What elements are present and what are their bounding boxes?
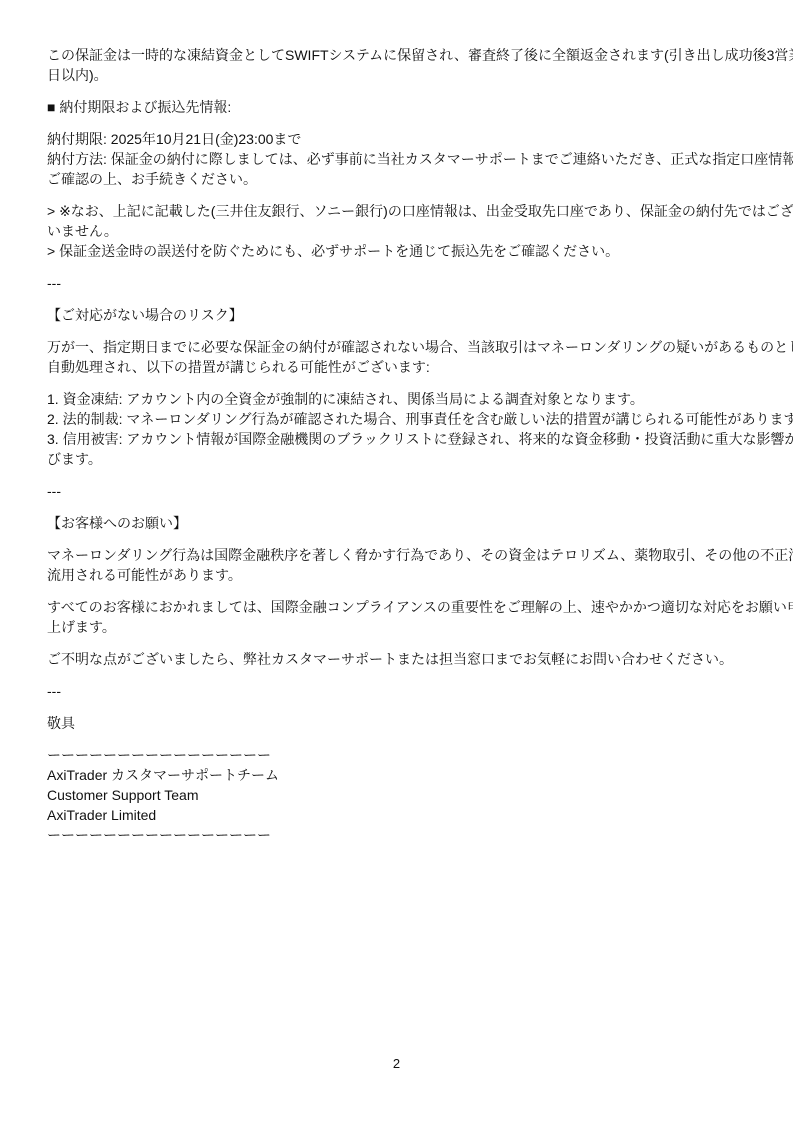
- paragraph: 【お客様へのお願い】: [47, 513, 747, 533]
- paragraph: ---: [47, 681, 747, 701]
- paragraph: 納付期限: 2025年10月21日(金)23:00まで納付方法: 保証金の納付に…: [47, 129, 747, 189]
- paragraph: > ※なお、上記に記載した(三井住友銀行、ソニー銀行)の口座情報は、出金受取先口…: [47, 201, 747, 261]
- paragraph: 1. 資金凍結: アカウント内の全資金が強制的に凍結され、関係当局による調査対象…: [47, 389, 747, 469]
- text-line: 自動処理され、以下の措置が講じられる可能性がございます:: [47, 357, 747, 377]
- paragraph: すべてのお客様におかれましては、国際金融コンプライアンスの重要性をご理解の上、速…: [47, 597, 747, 637]
- text-line: 万が一、指定期日までに必要な保証金の納付が確認されない場合、当該取引はマネーロン…: [47, 337, 747, 357]
- text-line: びます。: [47, 449, 747, 469]
- text-line: > 保証金送金時の誤送付を防ぐためにも、必ずサポートを通じて振込先をご確認くださ…: [47, 241, 747, 261]
- text-line: AxiTrader Limited: [47, 805, 747, 825]
- text-line: ---: [47, 681, 747, 701]
- paragraph: ---: [47, 273, 747, 293]
- text-line: Customer Support Team: [47, 785, 747, 805]
- text-line: 納付期限: 2025年10月21日(金)23:00まで: [47, 129, 747, 149]
- text-line: ご不明な点がございましたら、弊社カスタマーサポートまたは担当窓口までお気軽にお問…: [47, 649, 747, 669]
- text-line: ご確認の上、お手続きください。: [47, 169, 747, 189]
- text-line: 流用される可能性があります。: [47, 565, 747, 585]
- paragraph: ---: [47, 481, 747, 501]
- page-number: 2: [0, 1056, 793, 1071]
- paragraph: ■ 納付期限および振込先情報:: [47, 97, 747, 117]
- text-line: 敬具: [47, 713, 747, 733]
- text-line: 3. 信用被害: アカウント情報が国際金融機関のブラックリストに登録され、将来的…: [47, 429, 747, 449]
- text-line: > ※なお、上記に記載した(三井住友銀行、ソニー銀行)の口座情報は、出金受取先口…: [47, 201, 747, 221]
- text-line: 2. 法的制裁: マネーロンダリング行為が確認された場合、刑事責任を含む厳しい法…: [47, 409, 747, 429]
- paragraph: ーーーーーーーーーーーーーーーーAxiTrader カスタマーサポートチームCu…: [47, 745, 747, 845]
- text-line: 上げます。: [47, 617, 747, 637]
- text-line: 日以内)。: [47, 65, 747, 85]
- paragraph: 万が一、指定期日までに必要な保証金の納付が確認されない場合、当該取引はマネーロン…: [47, 337, 747, 377]
- document-page: この保証金は一時的な凍結資金としてSWIFTシステムに保留され、審査終了後に全額…: [0, 0, 793, 1123]
- text-line: 1. 資金凍結: アカウント内の全資金が強制的に凍結され、関係当局による調査対象…: [47, 389, 747, 409]
- text-line: 納付方法: 保証金の納付に際しましては、必ず事前に当社カスタマーサポートまでご連…: [47, 149, 747, 169]
- text-line: この保証金は一時的な凍結資金としてSWIFTシステムに保留され、審査終了後に全額…: [47, 45, 747, 65]
- text-line: ーーーーーーーーーーーーーーーー: [47, 825, 747, 845]
- paragraph: 【ご対応がない場合のリスク】: [47, 305, 747, 325]
- paragraph: ご不明な点がございましたら、弊社カスタマーサポートまたは担当窓口までお気軽にお問…: [47, 649, 747, 669]
- text-line: ---: [47, 273, 747, 293]
- paragraph: マネーロンダリング行為は国際金融秩序を著しく脅かす行為であり、その資金はテロリズ…: [47, 545, 747, 585]
- paragraph: 敬具: [47, 713, 747, 733]
- text-line: 【お客様へのお願い】: [47, 513, 747, 533]
- text-line: 【ご対応がない場合のリスク】: [47, 305, 747, 325]
- paragraph: この保証金は一時的な凍結資金としてSWIFTシステムに保留され、審査終了後に全額…: [47, 45, 747, 85]
- text-line: ■ 納付期限および振込先情報:: [47, 97, 747, 117]
- text-line: マネーロンダリング行為は国際金融秩序を著しく脅かす行為であり、その資金はテロリズ…: [47, 545, 747, 565]
- text-line: いません。: [47, 221, 747, 241]
- text-line: AxiTrader カスタマーサポートチーム: [47, 765, 747, 785]
- text-line: ---: [47, 481, 747, 501]
- document-body: この保証金は一時的な凍結資金としてSWIFTシステムに保留され、審査終了後に全額…: [47, 45, 747, 857]
- text-line: すべてのお客様におかれましては、国際金融コンプライアンスの重要性をご理解の上、速…: [47, 597, 747, 617]
- text-line: ーーーーーーーーーーーーーーーー: [47, 745, 747, 765]
